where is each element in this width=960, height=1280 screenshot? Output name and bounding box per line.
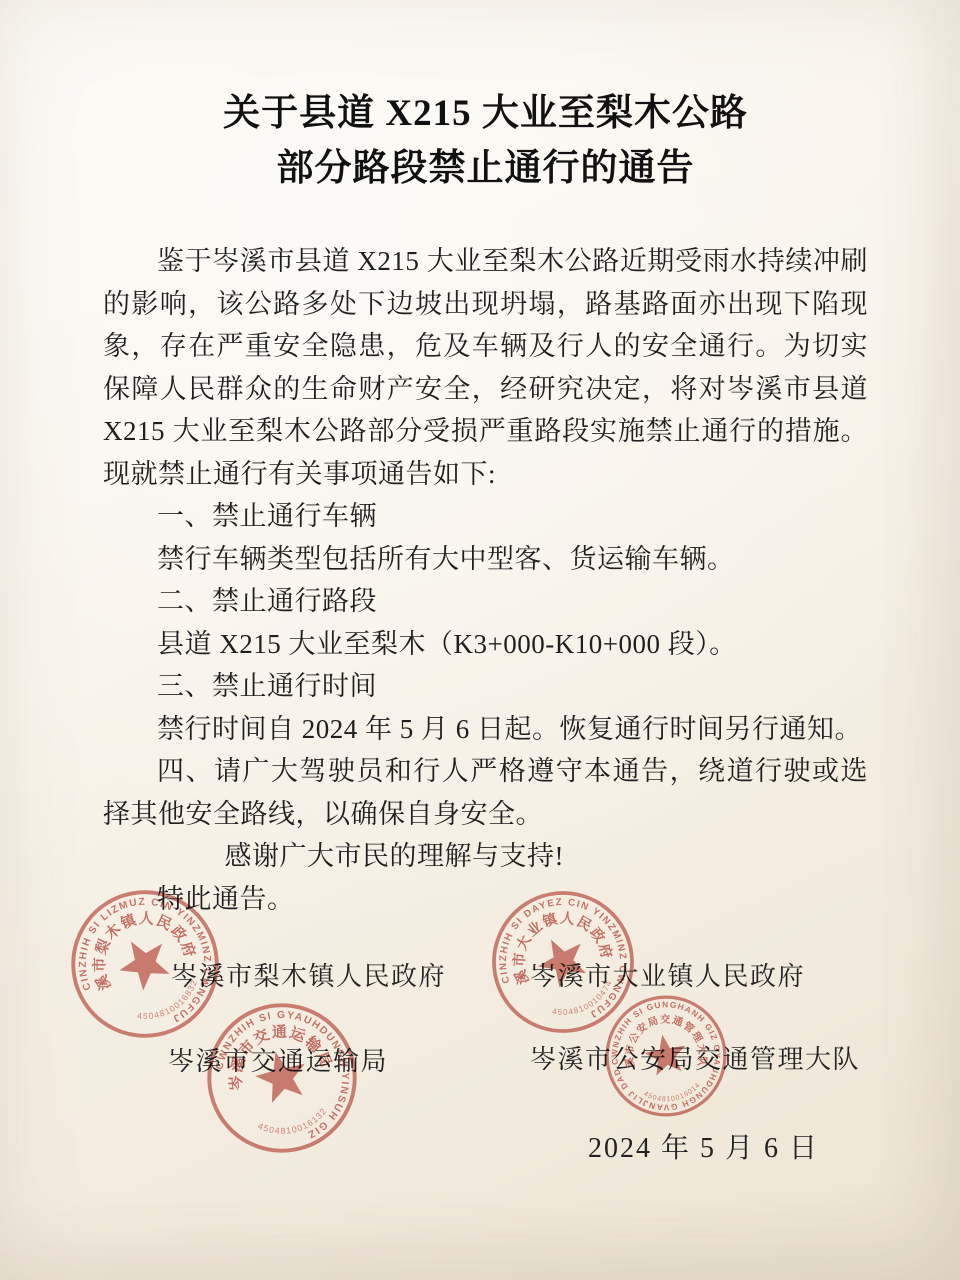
notice-document-page: 关于县道 X215 大业至梨木公路 部分路段禁止通行的通告 鉴于岑溪市县道 X2…	[0, 0, 960, 1280]
round-seal-icon: CWNZHIH SI GUNGHANH GIZ GYAUHDUNGH GVANJ…	[592, 982, 740, 1130]
notice-closing-line: 特此通告。	[103, 878, 868, 921]
notice-body: 关于县道 X215 大业至梨木公路 部分路段禁止通行的通告 鉴于岑溪市县道 X2…	[103, 86, 868, 920]
notice-item-2-heading: 二、禁止通行路段	[103, 580, 868, 623]
official-seal-traffic-police: CWNZHIH SI GUNGHANH GIZ GYAUHDUNGH GVANJ…	[592, 982, 740, 1130]
notice-title-line1: 关于县道 X215 大业至梨木公路	[223, 93, 748, 134]
notice-item-2-body: 县道 X215 大业至梨木（K3+000-K10+000 段）。	[103, 623, 868, 666]
notice-paragraph-intro: 鉴于岑溪市县道 X215 大业至梨木公路近期受雨水持续冲刷的影响，该公路多处下边…	[103, 240, 868, 495]
notice-item-3-heading: 三、禁止通行时间	[103, 665, 868, 708]
notice-text: 鉴于岑溪市县道 X215 大业至梨木公路近期受雨水持续冲刷的影响，该公路多处下边…	[103, 240, 868, 920]
star-icon	[110, 928, 178, 995]
notice-date: 2024 年 5 月 6 日	[588, 1126, 819, 1166]
notice-item-1-heading: 一、禁止通行车辆	[103, 495, 868, 538]
notice-thanks-line: 感谢广大市民的理解与支持!	[103, 835, 868, 878]
star-icon	[251, 1046, 312, 1105]
star-icon	[642, 1031, 690, 1077]
notice-item-4: 四、请广大驾驶员和行人严格遵守本通告，绕道行驶或选择其他安全路线，以确保自身安全…	[103, 750, 868, 835]
star-icon	[530, 928, 594, 991]
notice-title: 关于县道 X215 大业至梨木公路 部分路段禁止通行的通告	[103, 86, 868, 196]
notice-item-3-body: 禁行时间自 2024 年 5 月 6 日起。恢复通行时间另行通知。	[103, 708, 868, 751]
notice-item-1-body: 禁行车辆类型包括所有大中型客、货运输车辆。	[103, 538, 868, 581]
notice-title-line2: 部分路段禁止通行的通告	[277, 148, 695, 189]
